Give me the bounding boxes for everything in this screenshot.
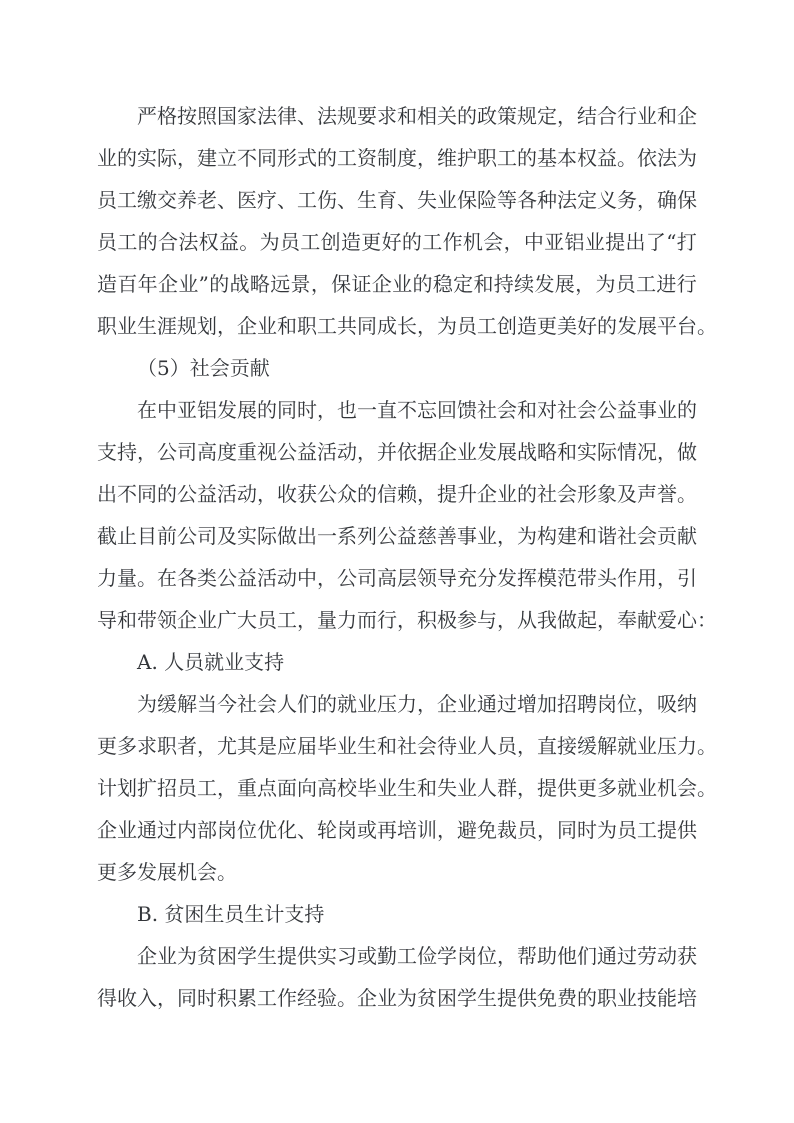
text-line: 得收入，同时积累工作经验。企业为贫困学生提供免费的职业技能培	[97, 977, 697, 1019]
text-line: 造百年企业”的战略远景，保证企业的稳定和持续发展，为员工进行	[97, 263, 697, 305]
text-line: 出不同的公益活动，收获公众的信赖，提升企业的社会形象及声誉。	[97, 473, 697, 515]
document-page: 严格按照国家法律、法规要求和相关的政策规定，结合行业和企业的实际，建立不同形式的…	[0, 0, 794, 1123]
paragraph: 企业为贫困学生提供实习或勤工俭学岗位，帮助他们通过劳动获得收入，同时积累工作经验…	[97, 935, 697, 1019]
text-line: 支持，公司高度重视公益活动，并依据企业发展战略和实际情况，做	[97, 431, 697, 473]
text-line: 员工缴交养老、医疗、工伤、生育、失业保险等各种法定义务，确保	[97, 179, 697, 221]
text-line: 企业为贫困学生提供实习或勤工俭学岗位，帮助他们通过劳动获	[97, 935, 697, 977]
text-line: 员工的合法权益。为员工创造更好的工作机会，中亚铝业提出了“打	[97, 221, 697, 263]
text-line: B. 贫困生员生计支持	[97, 893, 697, 935]
text-line: 在中亚铝发展的同时，也一直不忘回馈社会和对社会公益事业的	[97, 389, 697, 431]
paragraph: 在中亚铝发展的同时，也一直不忘回馈社会和对社会公益事业的支持，公司高度重视公益活…	[97, 389, 697, 641]
section-heading: B. 贫困生员生计支持	[97, 893, 697, 935]
text-line: 更多求职者，尤其是应届毕业生和社会待业人员，直接缓解就业压力。	[97, 725, 697, 767]
text-line: 导和带领企业广大员工，量力而行，积极参与，从我做起，奉献爱心：	[97, 599, 697, 641]
text-line: 更多发展机会。	[97, 851, 697, 893]
text-line: 职业生涯规划，企业和职工共同成长，为员工创造更美好的发展平台。	[97, 305, 697, 347]
text-line: 严格按照国家法律、法规要求和相关的政策规定，结合行业和企	[97, 95, 697, 137]
text-line: 截止目前公司及实际做出一系列公益慈善事业，为构建和谐社会贡献	[97, 515, 697, 557]
text-line: A. 人员就业支持	[97, 641, 697, 683]
text-line: 为缓解当今社会人们的就业压力，企业通过增加招聘岗位，吸纳	[97, 683, 697, 725]
paragraph: 严格按照国家法律、法规要求和相关的政策规定，结合行业和企业的实际，建立不同形式的…	[97, 95, 697, 347]
paragraph: 为缓解当今社会人们的就业压力，企业通过增加招聘岗位，吸纳更多求职者，尤其是应届毕…	[97, 683, 697, 893]
section-heading: A. 人员就业支持	[97, 641, 697, 683]
text-line: 计划扩招员工，重点面向高校毕业生和失业人群，提供更多就业机会。	[97, 767, 697, 809]
document-body: 严格按照国家法律、法规要求和相关的政策规定，结合行业和企业的实际，建立不同形式的…	[97, 95, 697, 1019]
text-line: 力量。在各类公益活动中，公司高层领导充分发挥模范带头作用，引	[97, 557, 697, 599]
section-heading: （5）社会贡献	[97, 347, 697, 389]
text-line: （5）社会贡献	[97, 347, 697, 389]
text-line: 企业通过内部岗位优化、轮岗或再培训，避免裁员，同时为员工提供	[97, 809, 697, 851]
text-line: 业的实际，建立不同形式的工资制度，维护职工的基本权益。依法为	[97, 137, 697, 179]
